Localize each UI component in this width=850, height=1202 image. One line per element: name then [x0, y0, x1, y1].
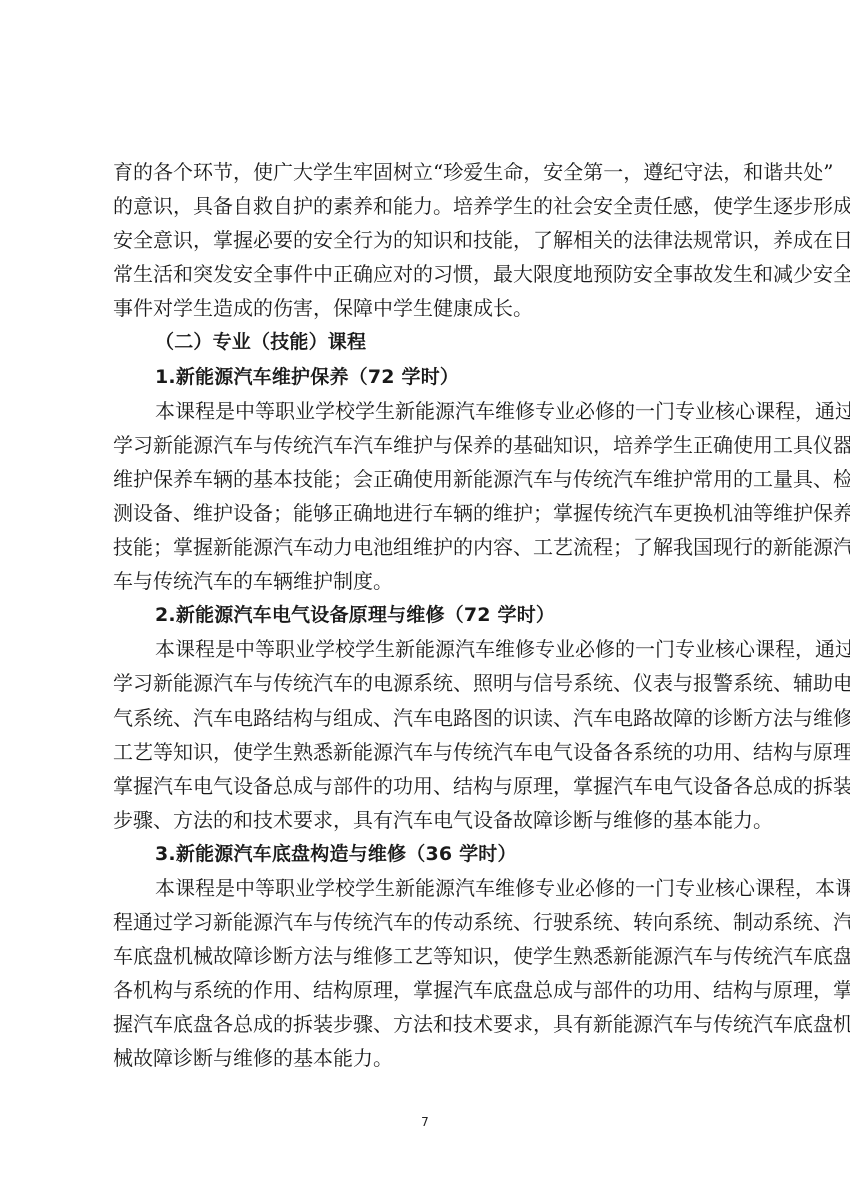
text-line: 本课程是中等职业学校学生新能源汽车维修专业必修的一门专业核心课程，本课: [113, 871, 743, 905]
course-title: 2.新能源汽车电气设备原理与维修（72 学时）: [113, 598, 743, 632]
text-line: 本课程是中等职业学校学生新能源汽车维修专业必修的一门专业核心课程，通过: [113, 632, 743, 666]
text-line: 事件对学生造成的伤害，保障中学生健康成长。: [113, 291, 743, 325]
text-line: 维护保养车辆的基本技能；会正确使用新能源汽车与传统汽车维护常用的工量具、检: [113, 462, 743, 496]
text-line: 育的各个环节，使广大学生牢固树立“珍爱生命，安全第一，遵纪守法，和谐共处”: [113, 155, 743, 189]
page-number: 7: [0, 1115, 850, 1129]
text-line: 掌握汽车电气设备总成与部件的功用、结构与原理，掌握汽车电气设备各总成的拆装: [113, 769, 743, 803]
course-section-2: 2.新能源汽车电气设备原理与维修（72 学时） 本课程是中等职业学校学生新能源汽…: [113, 598, 743, 837]
text-line: 安全意识，掌握必要的安全行为的知识和技能，了解相关的法律法规常识，养成在日: [113, 223, 743, 257]
text-line: 测设备、维护设备；能够正确地进行车辆的维护；掌握传统汽车更换机油等维护保养: [113, 496, 743, 530]
text-line: 气系统、汽车电路结构与组成、汽车电路图的识读、汽车电路故障的诊断方法与维修: [113, 701, 743, 735]
text-line: 步骤、方法的和技术要求，具有汽车电气设备故障诊断与维修的基本能力。: [113, 803, 743, 837]
text-line: 车与传统汽车的车辆维护制度。: [113, 564, 743, 598]
text-line: 车底盘机械故障诊断方法与维修工艺等知识，使学生熟悉新能源汽车与传统汽车底盘: [113, 939, 743, 973]
text-line: 工艺等知识，使学生熟悉新能源汽车与传统汽车电气设备各系统的功用、结构与原理，: [113, 735, 743, 769]
course-section-3: 3.新能源汽车底盘构造与维修（36 学时） 本课程是中等职业学校学生新能源汽车维…: [113, 837, 743, 1076]
text-line: 的意识，具备自救自护的素养和能力。培养学生的社会安全责任感，使学生逐步形成: [113, 189, 743, 223]
course-title: 1.新能源汽车维护保养（72 学时）: [113, 360, 743, 394]
course-section-1: 1.新能源汽车维护保养（72 学时） 本课程是中等职业学校学生新能源汽车维修专业…: [113, 360, 743, 599]
text-line: 学习新能源汽车与传统汽车的电源系统、照明与信号系统、仪表与报警系统、辅助电: [113, 666, 743, 700]
text-line: 程通过学习新能源汽车与传统汽车的传动系统、行驶系统、转向系统、制动系统、汽: [113, 905, 743, 939]
text-line: 学习新能源汽车与传统汽车汽车维护与保养的基础知识，培养学生正确使用工具仪器: [113, 428, 743, 462]
text-line: 本课程是中等职业学校学生新能源汽车维修专业必修的一门专业核心课程，通过: [113, 394, 743, 428]
text-line: 常生活和突发安全事件中正确应对的习惯，最大限度地预防安全事故发生和减少安全: [113, 257, 743, 291]
intro-paragraph: 育的各个环节，使广大学生牢固树立“珍爱生命，安全第一，遵纪守法，和谐共处” 的意…: [113, 155, 743, 325]
document-body: 育的各个环节，使广大学生牢固树立“珍爱生命，安全第一，遵纪守法，和谐共处” 的意…: [113, 155, 743, 1076]
text-line: 械故障诊断与维修的基本能力。: [113, 1041, 743, 1075]
text-line: 各机构与系统的作用、结构原理，掌握汽车底盘总成与部件的功用、结构与原理，掌: [113, 973, 743, 1007]
course-title: 3.新能源汽车底盘构造与维修（36 学时）: [113, 837, 743, 871]
section-heading: （二）专业（技能）课程: [113, 325, 743, 359]
text-line: 技能；掌握新能源汽车动力电池组维护的内容、工艺流程；了解我国现行的新能源汽: [113, 530, 743, 564]
text-line: 握汽车底盘各总成的拆装步骤、方法和技术要求，具有新能源汽车与传统汽车底盘机: [113, 1007, 743, 1041]
